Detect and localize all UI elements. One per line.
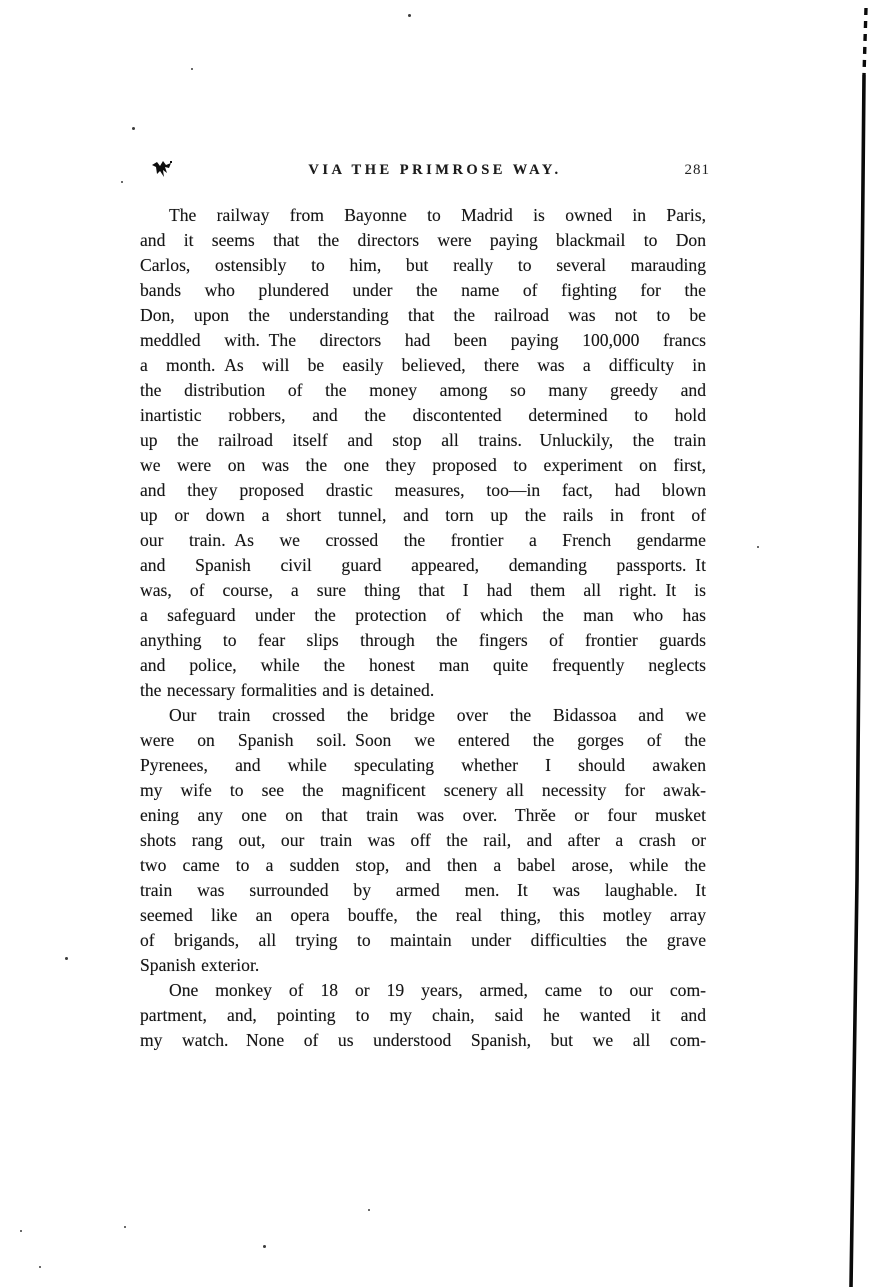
scan-speck (757, 546, 759, 548)
scan-speck (65, 957, 68, 960)
text-line: two came to a sudden stop, and then a ba… (140, 853, 706, 878)
text-line: anything to fear slips through the finge… (140, 628, 706, 653)
text-line: my wife to see the magnificent scenery a… (140, 778, 706, 803)
text-line: Our train crossed the bridge over the Bi… (140, 703, 706, 728)
text-line: meddled with. The directors had been pay… (140, 328, 706, 353)
text-line: Pyrenees, and while speculating whether … (140, 753, 706, 778)
scan-speck (20, 1230, 22, 1232)
running-title: VIA THE PRIMROSE WAY. (140, 162, 708, 179)
text-line: the distribution of the money among so m… (140, 378, 706, 403)
text-line: up or down a short tunnel, and torn up t… (140, 503, 706, 528)
text-line: and Spanish civil guard appeared, demand… (140, 553, 706, 578)
text-line: and they proposed drastic measures, too—… (140, 478, 706, 503)
running-head: VIA THE PRIMROSE WAY. 281 (140, 162, 708, 186)
text-line: a safeguard under the protection of whic… (140, 603, 706, 628)
scan-speck (263, 1245, 266, 1248)
text-line: The railway from Bayonne to Madrid is ow… (140, 203, 706, 228)
text-line: One monkey of 18 or 19 years, armed, cam… (140, 978, 706, 1003)
text-line: train was surrounded by armed men. It wa… (140, 878, 706, 903)
text-line: a month. As will be easily believed, the… (140, 353, 706, 378)
text-line: up the railroad itself and stop all trai… (140, 428, 706, 453)
scan-speck (368, 1209, 370, 1211)
scan-speck (39, 1266, 41, 1268)
text-line: my watch. None of us understood Spanish,… (140, 1028, 706, 1053)
text-line: and it seems that the directors were pay… (140, 228, 706, 253)
text-line: the necessary formalities and is detaine… (140, 678, 706, 703)
scan-speck (124, 1226, 126, 1228)
text-line: seemed like an opera bouffe, the real th… (140, 903, 706, 928)
scan-speck (121, 181, 123, 183)
text-line: Carlos, ostensibly to him, but really to… (140, 253, 706, 278)
scan-speck (191, 68, 193, 70)
text-line: partment, and, pointing to my chain, sai… (140, 1003, 706, 1028)
text-line: our train. As we crossed the frontier a … (140, 528, 706, 553)
text-line: were on Spanish soil. Soon we entered th… (140, 728, 706, 753)
text-line: ening any one on that train was over. Th… (140, 803, 706, 828)
text-line: Don, upon the understanding that the rai… (140, 303, 706, 328)
text-line: Spanish exterior. (140, 953, 706, 978)
text-line: bands who plundered under the name of fi… (140, 278, 706, 303)
text-line: and police, while the honest man quite f… (140, 653, 706, 678)
text-line: was, of course, a sure thing that I had … (140, 578, 706, 603)
scan-speck (132, 127, 135, 130)
scanned-book-page: VIA THE PRIMROSE WAY. 281 The railway fr… (0, 0, 871, 1287)
scan-speck (408, 14, 411, 17)
text-line: inartistic robbers, and the discontented… (140, 403, 706, 428)
page-number: 281 (685, 162, 711, 179)
text-line: we were on was the one they proposed to … (140, 453, 706, 478)
text-line: of brigands, all trying to maintain unde… (140, 928, 706, 953)
text-line: shots rang out, our train was off the ra… (140, 828, 706, 853)
page-body: The railway from Bayonne to Madrid is ow… (140, 203, 706, 1053)
